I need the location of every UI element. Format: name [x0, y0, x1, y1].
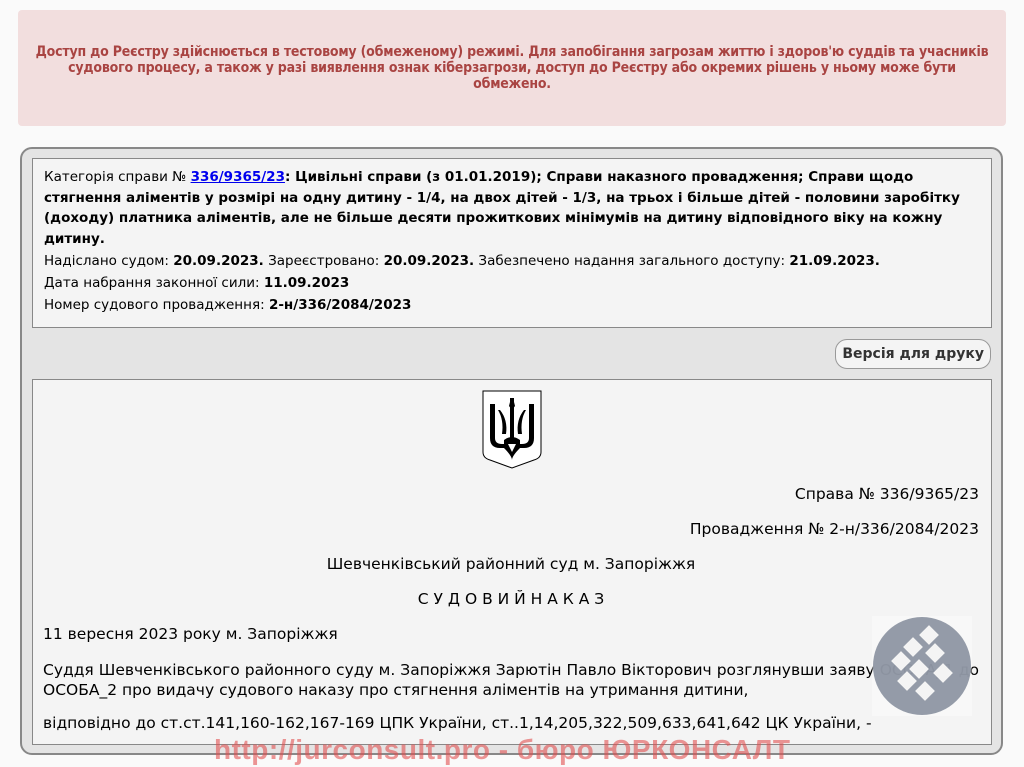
sent-label: Надіслано судом: — [44, 253, 173, 269]
legal-force-label: Дата набрання законної сили: — [44, 275, 264, 291]
public-access-date: 21.09.2023. — [789, 253, 880, 269]
proceeding-number: Номер судового провадження: 2-н/336/2084… — [44, 295, 980, 316]
paragraph-law: відповідно до ст.ст.141,160-162,167-169 … — [43, 714, 979, 732]
doc-proceeding-number: Провадження № 2-н/336/2084/2023 — [43, 520, 979, 538]
paragraph-judge: Суддя Шевченківського районного суду м. … — [43, 660, 979, 700]
case-info-panel: Категорія справи № 336/9365/23: Цивільні… — [32, 158, 992, 328]
decision-frame: Категорія справи № 336/9365/23: Цивільні… — [20, 147, 1003, 755]
date-place: 11 вересня 2023 року м. Запоріжжя — [43, 625, 979, 643]
case-dates: Надіслано судом: 20.09.2023. Зареєстрова… — [44, 251, 980, 272]
print-version-button[interactable]: Версія для друку — [835, 339, 991, 369]
registered-label: Зареєстровано: — [264, 253, 384, 269]
registry-access-notice: Доступ до Реєстру здійснюється в тестово… — [18, 10, 1006, 126]
legal-force: Дата набрання законної сили: 11.09.2023 — [44, 273, 980, 294]
proceeding-value: 2-н/336/2084/2023 — [269, 297, 411, 313]
public-access-label: Забезпечено надання загального доступу: — [474, 253, 789, 269]
notice-text: Доступ до Реєстру здійснюється в тестово… — [34, 44, 990, 92]
court-name: Шевченківський районний суд м. Запоріжжя — [43, 555, 979, 573]
legal-force-date: 11.09.2023 — [264, 275, 349, 291]
puzzle-circle-logo-icon — [872, 616, 972, 716]
category-label: Категорія справи № — [44, 169, 191, 185]
ukraine-trident-emblem-icon — [482, 390, 542, 470]
doc-case-number: Справа № 336/9365/23 — [43, 485, 979, 503]
decision-document: Справа № 336/9365/23 Провадження № 2-н/3… — [32, 379, 992, 745]
footer-watermark-link: http://jurconsult.pro - бюро ЮРКОНСАЛТ — [214, 733, 791, 767]
registered-date: 20.09.2023. — [384, 253, 475, 269]
doc-title: С У Д О В И Й Н А К А З — [43, 590, 979, 608]
case-category: Категорія справи № 336/9365/23: Цивільні… — [44, 167, 980, 249]
case-number-link[interactable]: 336/9365/23 — [191, 169, 285, 185]
sent-date: 20.09.2023. — [173, 253, 264, 269]
proceeding-label: Номер судового провадження: — [44, 297, 269, 313]
